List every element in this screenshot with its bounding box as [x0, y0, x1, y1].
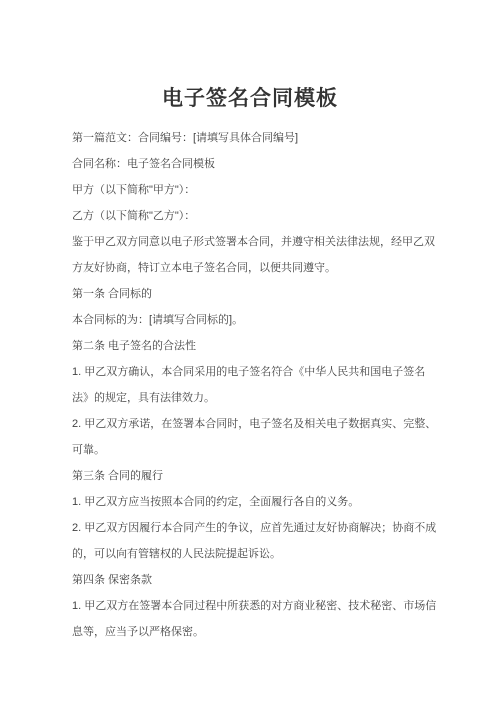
party-b-line: 乙方（以下简称"乙方"）： — [72, 203, 440, 229]
party-a-line: 甲方（以下简称"甲方"）： — [72, 177, 440, 203]
document-body: 第一篇范文：合同编号：[请填写具体合同编号] 合同名称：电子签名合同模板 甲方（… — [72, 125, 440, 645]
article-3-clause-1: 1. 甲乙双方应当按照本合同的约定，全面履行各自的义务。 — [72, 489, 440, 515]
document-title: 电子签名合同模板 — [0, 0, 500, 113]
contract-name-line: 合同名称：电子签名合同模板 — [72, 151, 440, 177]
preamble-paragraph: 鉴于甲乙双方同意以电子形式签署本合同，并遵守相关法律法规，经甲乙双方友好协商，特… — [72, 229, 440, 281]
article-2-heading: 第二条 电子签名的合法性 — [72, 333, 440, 359]
article-3-heading: 第三条 合同的履行 — [72, 463, 440, 489]
document-page: 电子签名合同模板 第一篇范文：合同编号：[请填写具体合同编号] 合同名称：电子签… — [0, 0, 500, 707]
article-2-clause-2: 2. 甲乙双方承诺，在签署本合同时，电子签名及相关电子数据真实、完整、可靠。 — [72, 411, 440, 463]
article-3-clause-2: 2. 甲乙双方因履行本合同产生的争议，应首先通过友好协商解决；协商不成的，可以向… — [72, 515, 440, 567]
article-2-clause-1: 1. 甲乙双方确认，本合同采用的电子签名符合《中华人民共和国电子签名法》的规定，… — [72, 359, 440, 411]
article-1-clause: 本合同标的为：[请填写合同标的]。 — [72, 307, 440, 333]
article-4-heading: 第四条 保密条款 — [72, 567, 440, 593]
article-4-clause-1: 1. 甲乙双方在签署本合同过程中所获悉的对方商业秘密、技术秘密、市场信息等，应当… — [72, 593, 440, 645]
contract-number-line: 第一篇范文：合同编号：[请填写具体合同编号] — [72, 125, 440, 151]
article-1-heading: 第一条 合同标的 — [72, 281, 440, 307]
